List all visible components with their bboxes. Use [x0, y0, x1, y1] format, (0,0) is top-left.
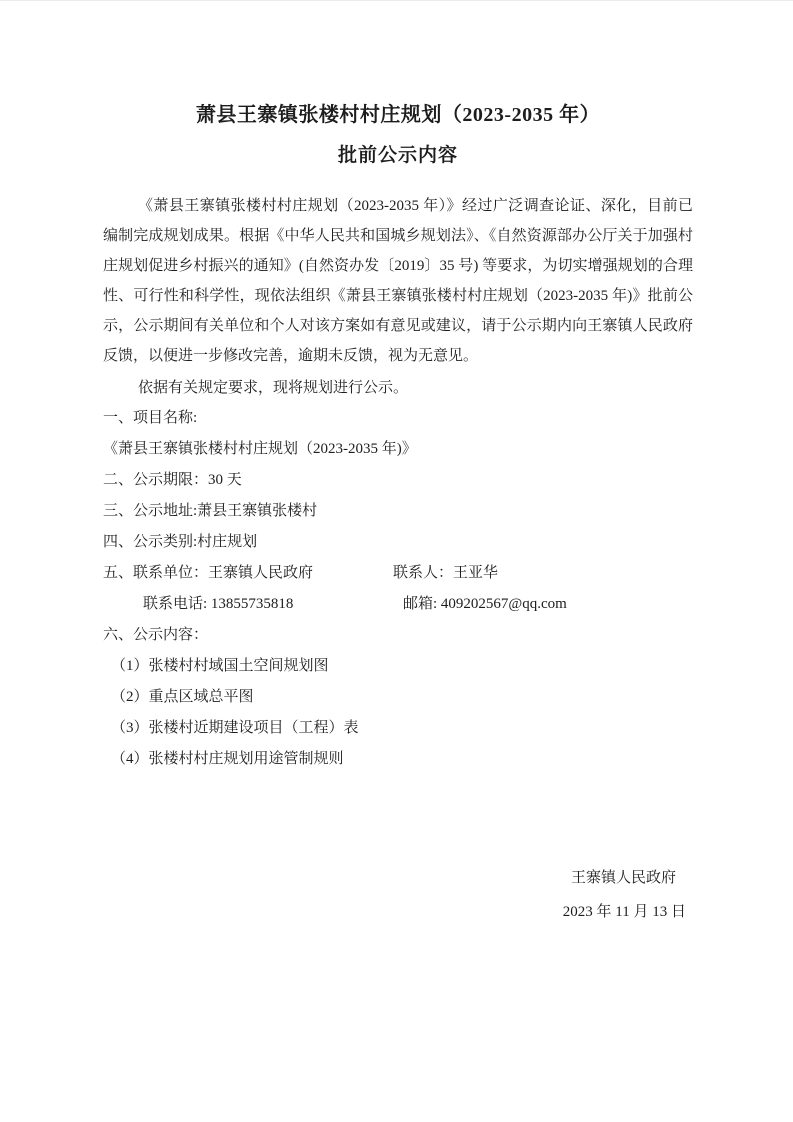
content-item-4: （4）张楼村村庄规划用途管制规则 [103, 744, 693, 775]
notice-statement-paragraph: 依据有关规定要求，现将规划进行公示。 [103, 373, 693, 403]
publicity-period: 二、公示期限：30 天 [103, 465, 693, 496]
publicity-category: 四、公示类别:村庄规划 [103, 527, 693, 558]
contact-row-2: 联系电话: 13855735818 邮箱: 409202567@qq.com [103, 589, 693, 620]
intro-paragraph: 《萧县王寨镇张楼村村庄规划（2023-2035 年）》经过广泛调查论证、深化，目… [103, 191, 693, 371]
project-name-label: 一、项目名称: [103, 403, 693, 434]
project-name-value: 《萧县王寨镇张楼村村庄规划（2023-2035 年)》 [103, 434, 693, 465]
content-item-2: （2）重点区域总平图 [103, 682, 693, 713]
notice-document-page: 萧县王寨镇张楼村村庄规划（2023-2035 年） 批前公示内容 《萧县王寨镇张… [0, 0, 793, 1122]
document-content: 萧县王寨镇张楼村村庄规划（2023-2035 年） 批前公示内容 《萧县王寨镇张… [0, 1, 793, 928]
signature-block: 王寨镇人民政府 2023 年 11 月 13 日 [103, 863, 693, 928]
content-item-1: （1）张楼村村域国土空间规划图 [103, 651, 693, 682]
document-title: 萧县王寨镇张楼村村庄规划（2023-2035 年） [103, 1, 693, 129]
contact-phone: 联系电话: 13855735818 [143, 596, 293, 612]
contact-row-1: 五、联系单位：王寨镇人民政府 联系人：王亚华 [103, 558, 693, 589]
document-subtitle: 批前公示内容 [103, 143, 693, 168]
notice-detail-list: 一、项目名称: 《萧县王寨镇张楼村村庄规划（2023-2035 年)》 二、公示… [103, 403, 693, 775]
publicity-address: 三、公示地址:萧县王寨镇张楼村 [103, 496, 693, 527]
signature-date: 2023 年 11 月 13 日 [103, 897, 693, 928]
contact-unit: 五、联系单位：王寨镇人民政府 [103, 565, 313, 581]
contact-person: 联系人：王亚华 [393, 558, 498, 589]
publicity-content-label: 六、公示内容： [103, 620, 693, 651]
contact-email: 邮箱: 409202567@qq.com [403, 589, 567, 620]
signature-organization: 王寨镇人民政府 [103, 863, 693, 894]
content-item-3: （3）张楼村近期建设项目（工程）表 [103, 713, 693, 744]
